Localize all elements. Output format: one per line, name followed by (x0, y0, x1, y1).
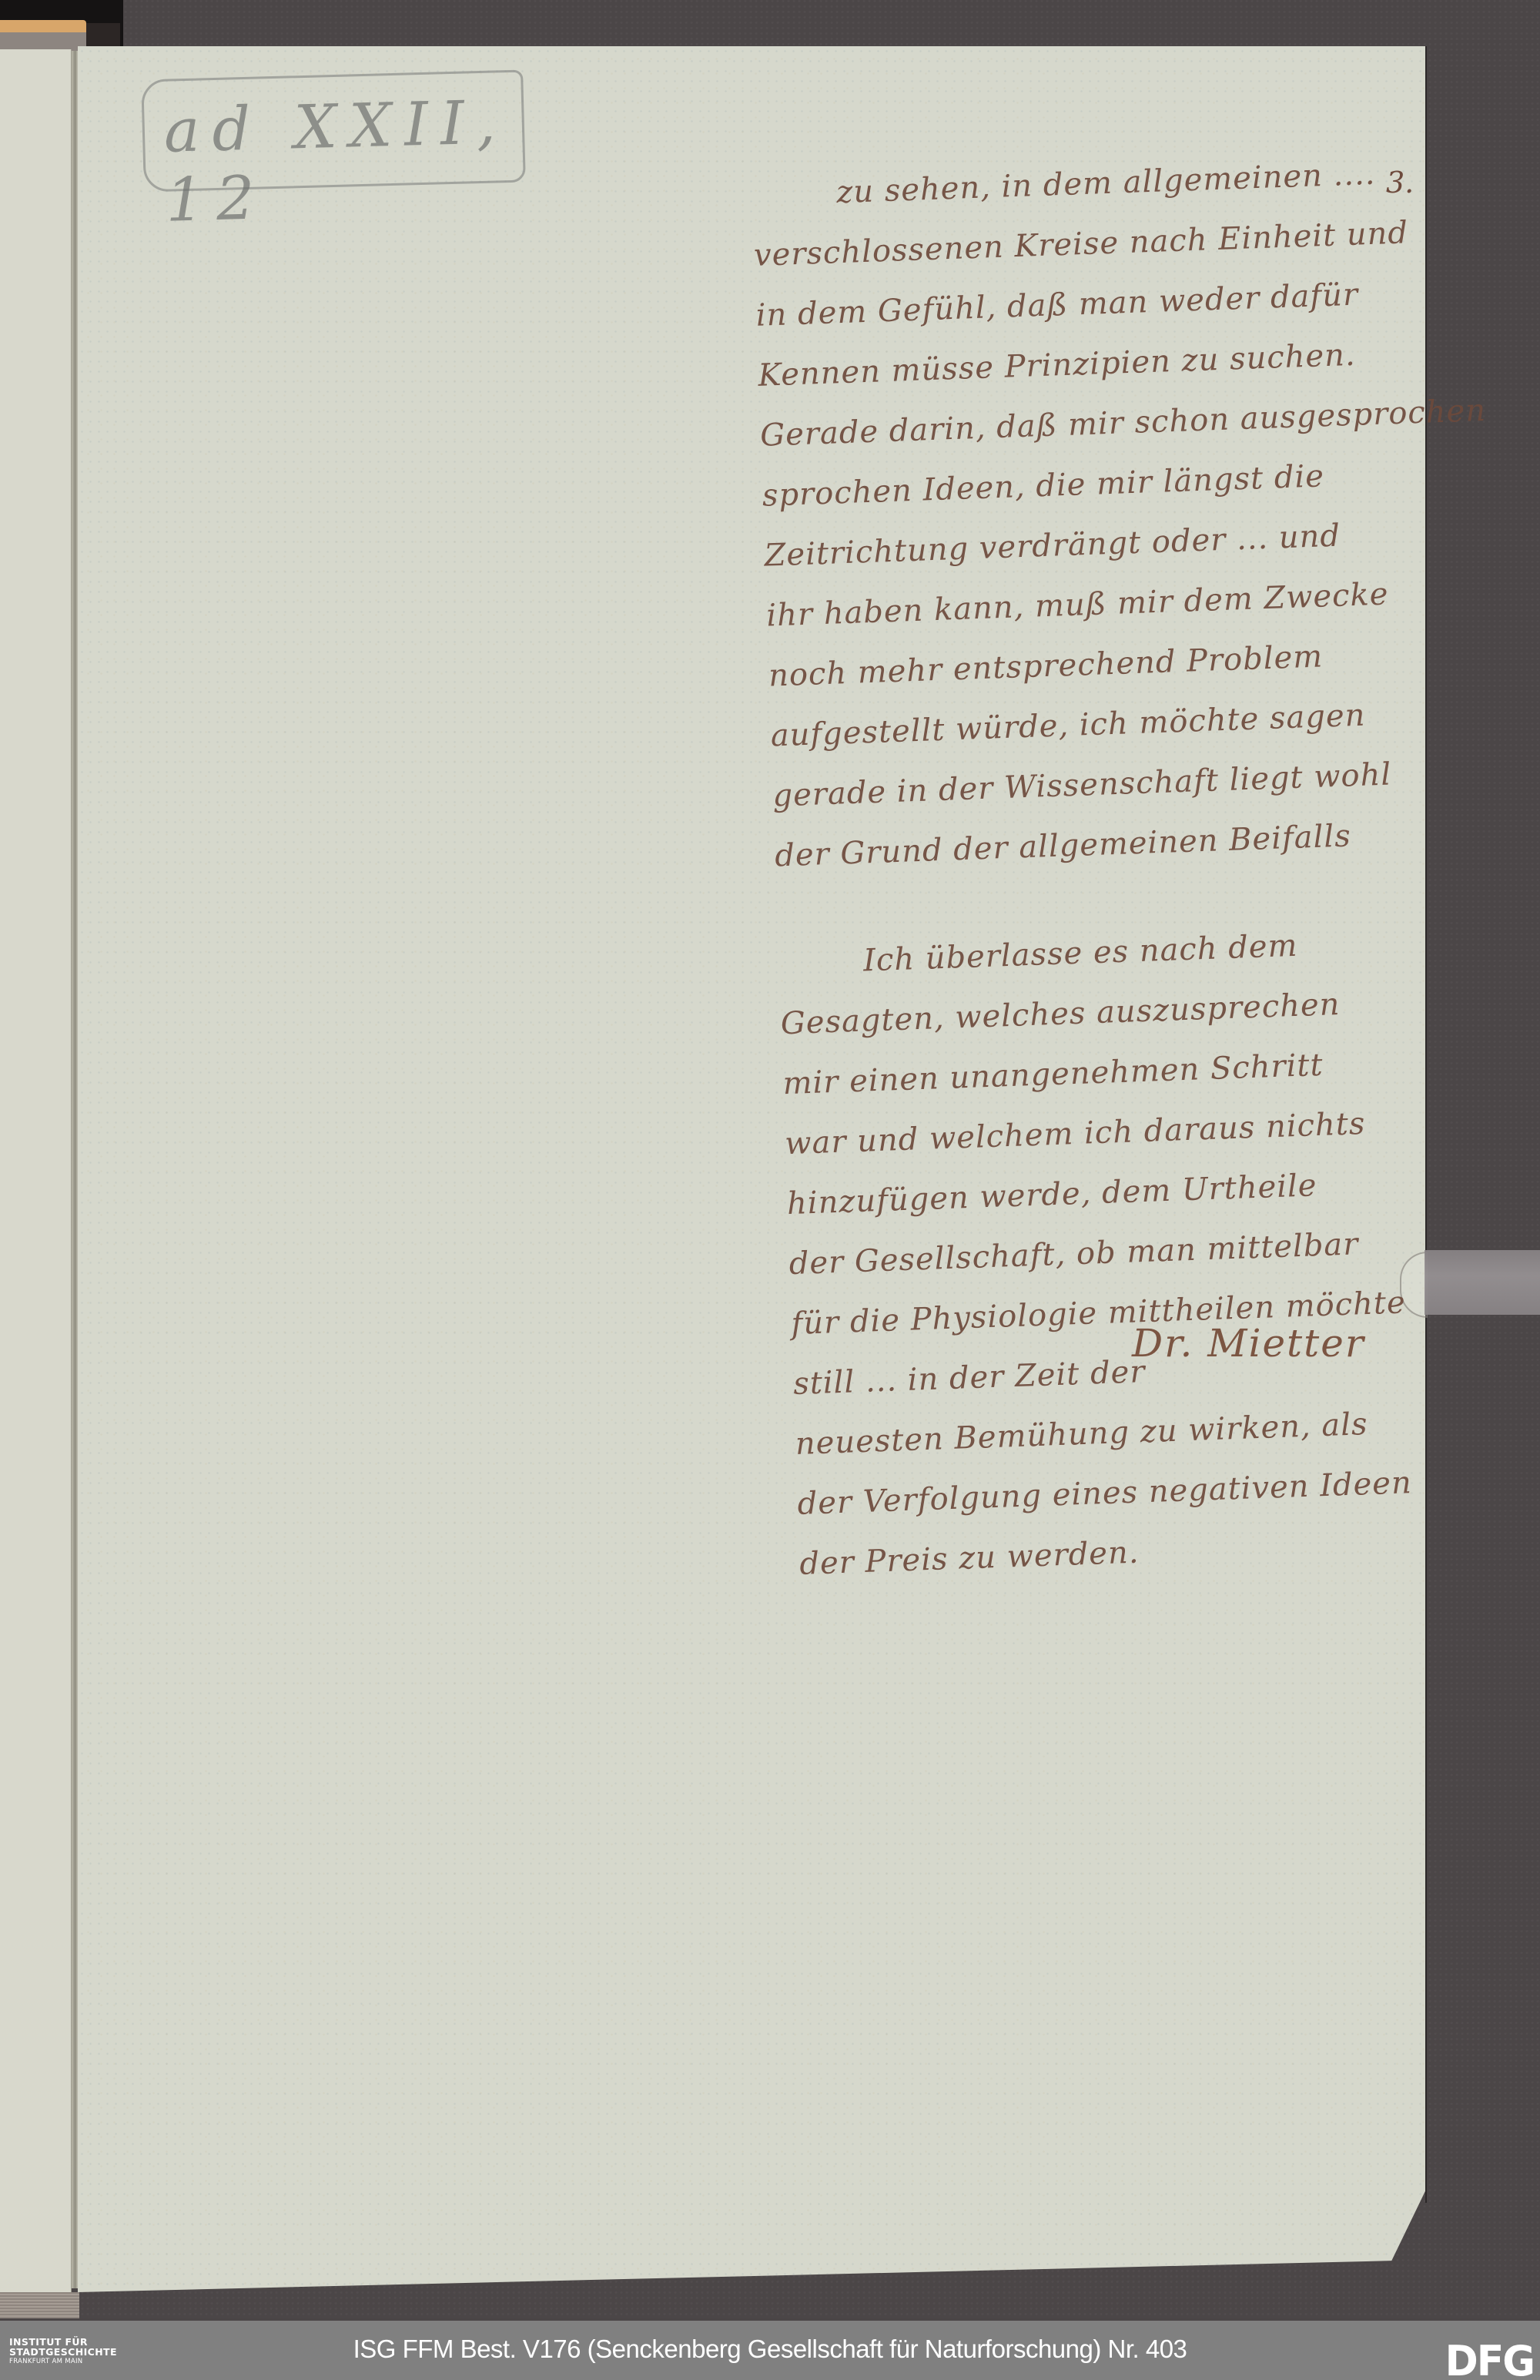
handwritten-text: zu sehen, in dem allgemeinen .... versch… (751, 142, 1478, 1594)
shelfmark-text: ad XXII, 12 (163, 88, 525, 236)
book-gutter (72, 51, 78, 2288)
footer-bar: INSTITUT FÜR STADTGESCHICHTE FRANKFURT A… (0, 2321, 1540, 2380)
previous-leaf-edge (0, 49, 72, 2292)
binding-cloth (0, 2292, 79, 2318)
binding-gap (86, 23, 120, 49)
archive-citation: ISG FFM Best. V176 (Senckenberg Gesellsc… (0, 2335, 1540, 2364)
binding-spine-tape (0, 20, 86, 51)
author-signature: Dr. Mietter (1132, 1321, 1365, 1366)
pencil-shelfmark: ad XXII, 12 (141, 70, 526, 193)
dfg-logo: DFG (1445, 2341, 1534, 2380)
